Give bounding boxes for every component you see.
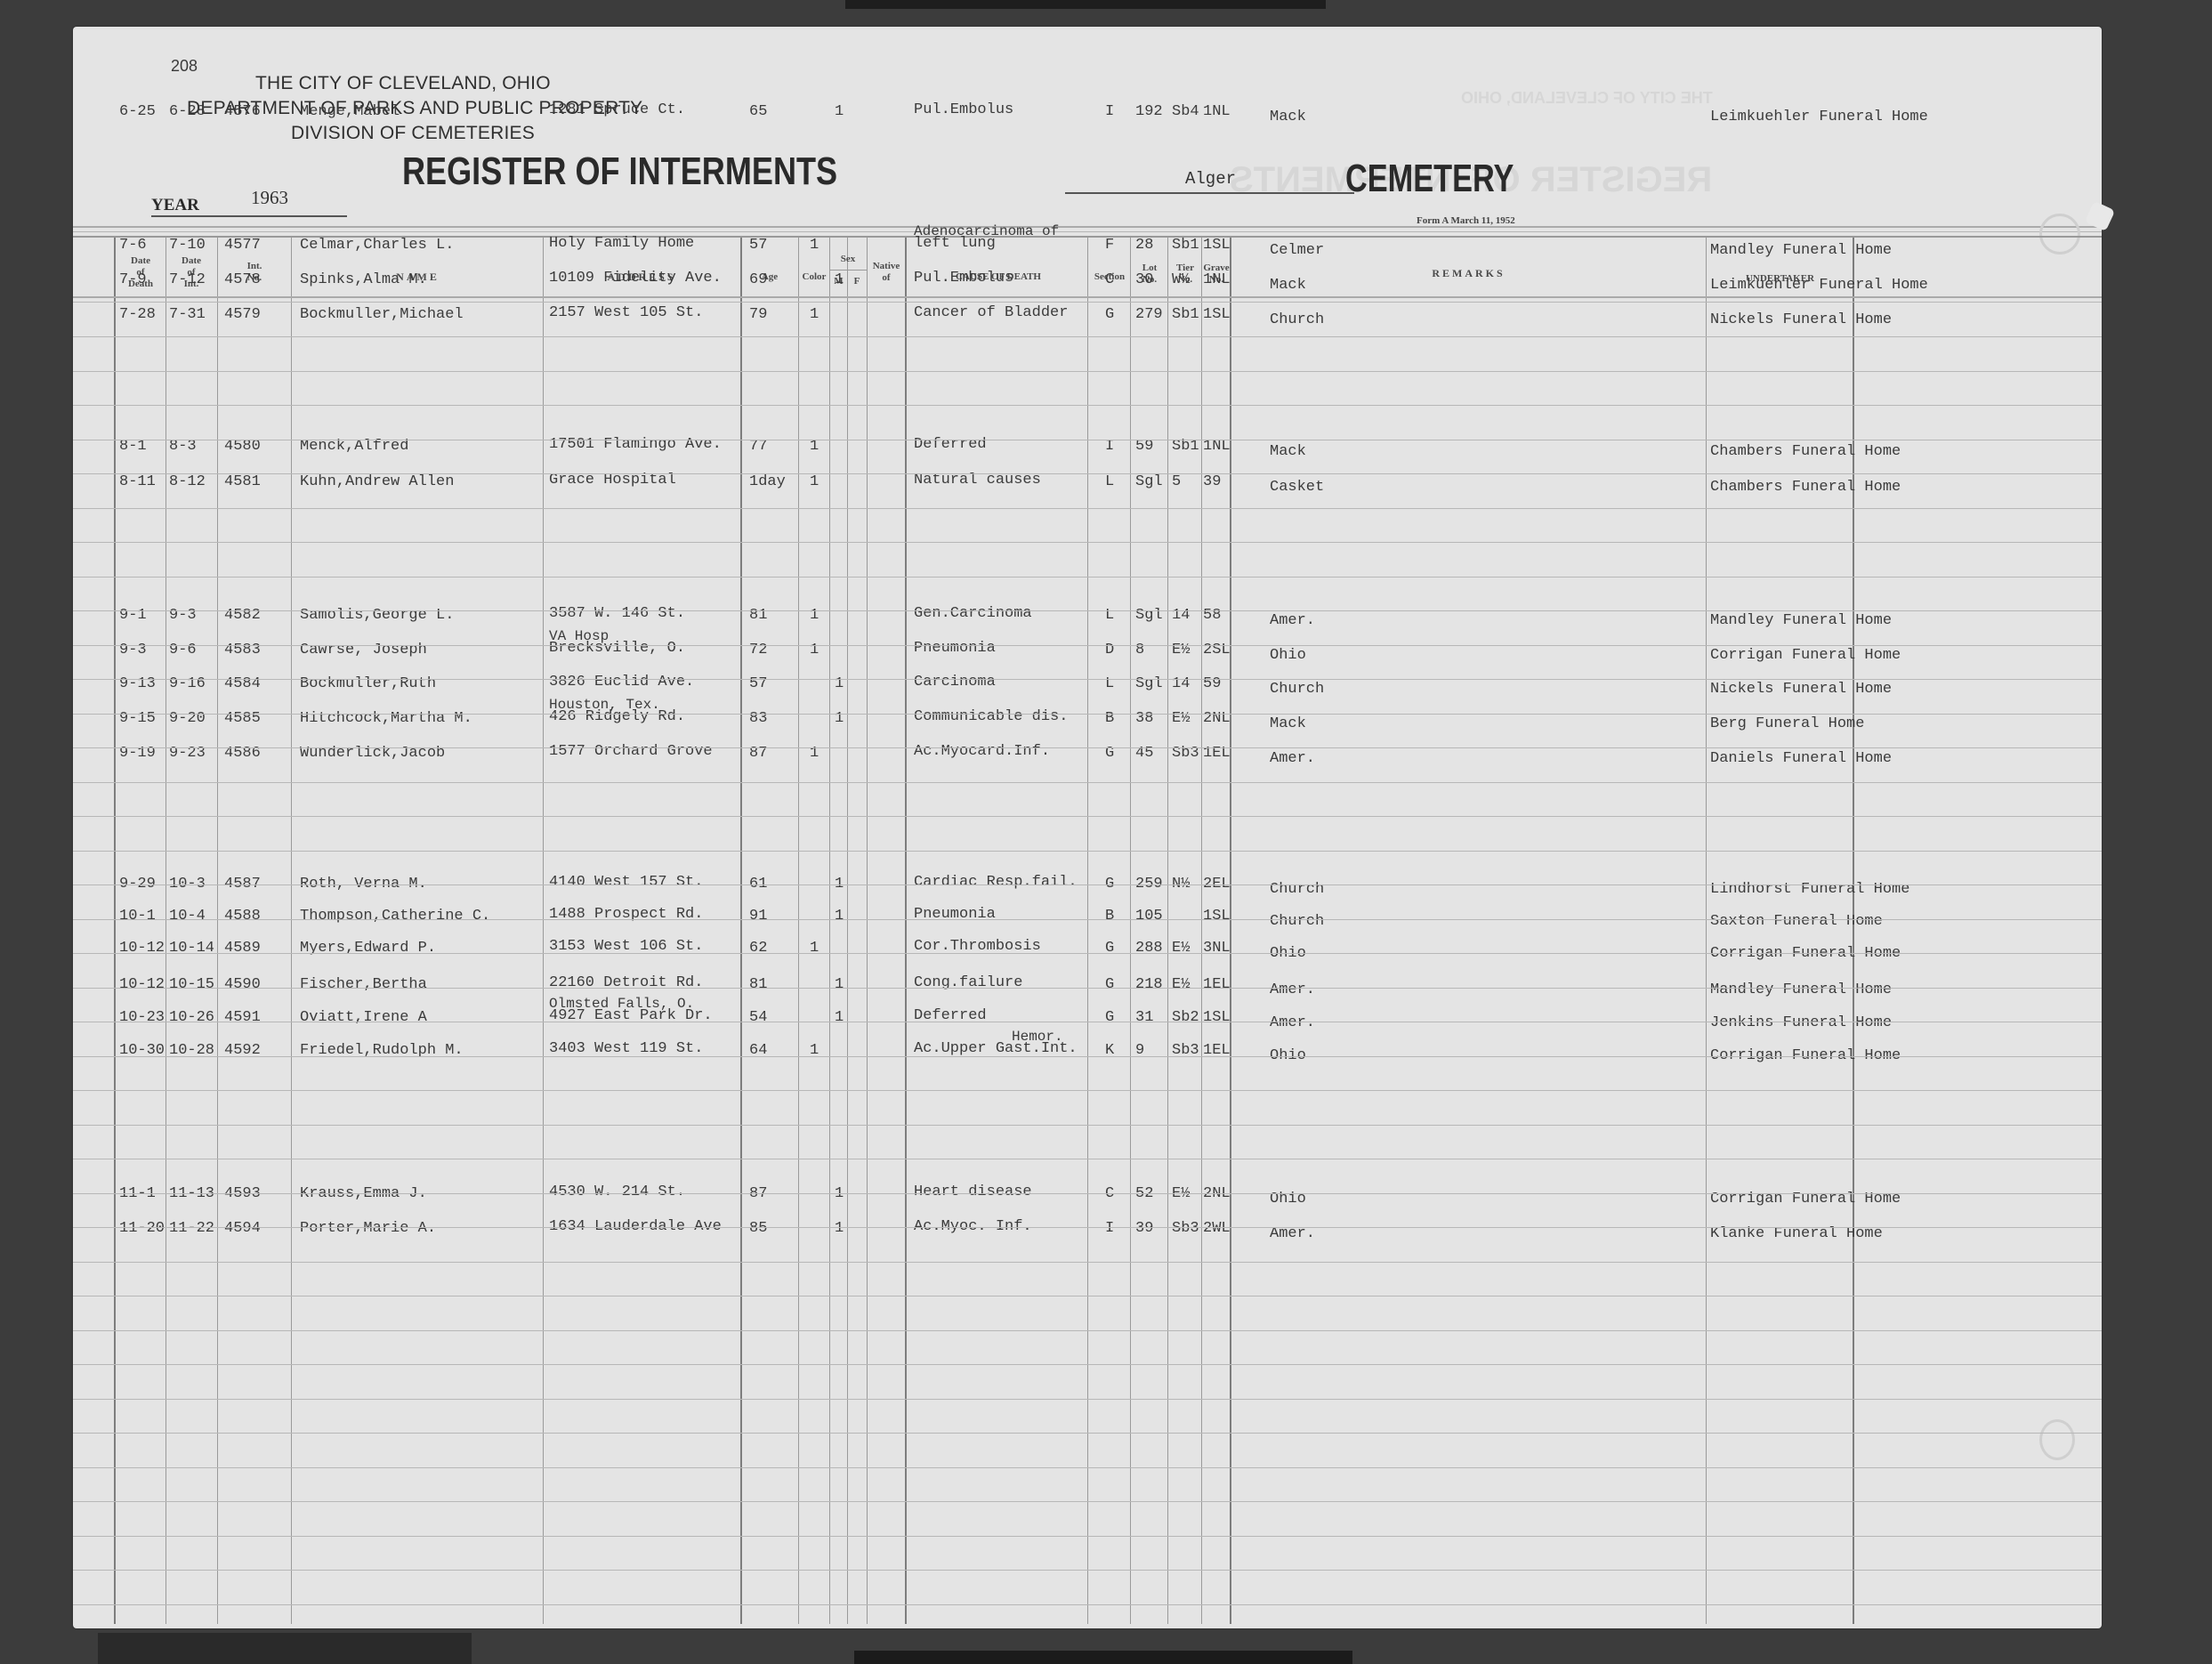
address-line-2: 1281 Spruce Ct. <box>549 104 685 117</box>
ruled-line <box>73 1399 2102 1400</box>
name-cell: Menck,Alfred <box>300 439 408 454</box>
tier-number-cell: W½ <box>1172 272 1190 287</box>
ruled-line <box>73 577 2102 578</box>
ruled-line <box>73 473 2102 474</box>
grave-number-cell: 2WL <box>1203 1221 1231 1236</box>
address-cell: 3403 West 119 St. <box>549 1030 703 1055</box>
date-of-interment-cell: 8-12 <box>169 474 206 489</box>
header-rule <box>73 226 2102 228</box>
remarks-cell: Mack <box>1270 109 1306 125</box>
address-cell: 1634 Lauderdale Ave <box>549 1208 722 1233</box>
form-note: Form A March 11, 1952 <box>1417 215 1515 226</box>
remarks-cell: Ohio <box>1270 648 1306 663</box>
undertaker-cell: Leimkuehler Funeral Home <box>1710 278 1928 293</box>
date-of-death-cell: 11-20 <box>119 1221 165 1236</box>
ruled-line <box>73 919 2102 920</box>
age-cell: 57 <box>749 238 767 253</box>
remarks-cell: Amer. <box>1270 1015 1315 1030</box>
sex-male-cell: 1 <box>810 307 819 322</box>
name-cell: Oviatt,Irene A <box>300 1010 427 1025</box>
address-line-2: 4927 East Park Dr. <box>549 1010 713 1022</box>
header-city: THE CITY OF CLEVELAND, OHIO <box>255 73 551 94</box>
cause-of-death-cell: Cor.Thrombosis <box>914 928 1041 953</box>
name-cell: Kuhn,Andrew Allen <box>300 474 454 489</box>
age-cell: 54 <box>749 1010 767 1025</box>
address-cell: 3826 Euclid Ave. <box>549 664 694 689</box>
grave-number-cell: 1NL <box>1203 272 1231 287</box>
age-cell: 79 <box>749 307 767 322</box>
address-cell: VA HospBrecksville, O. <box>549 630 685 655</box>
name-cell: Spinks,Alma M. <box>300 272 427 287</box>
col-sex: Sex <box>830 254 866 265</box>
ruled-line <box>73 1022 2102 1022</box>
date-of-death-cell: 8-1 <box>119 439 147 454</box>
ruled-line <box>73 1330 2102 1331</box>
date-of-interment-cell: 7-10 <box>169 238 206 253</box>
undertaker-cell: Jenkins Funeral Home <box>1710 1015 1892 1030</box>
tier-number-cell: Sb1 <box>1172 307 1199 322</box>
date-of-death-cell: 7-6 <box>119 238 147 253</box>
cause-of-death-cell: Communicable dis. <box>914 699 1068 723</box>
ruled-line <box>73 1125 2102 1126</box>
date-of-death-cell: 10-12 <box>119 977 165 992</box>
ruled-line <box>73 508 2102 509</box>
col-color: Color <box>799 271 829 283</box>
remarks-cell: Mack <box>1270 278 1306 293</box>
age-cell: 91 <box>749 909 767 924</box>
address-cell: 1488 Prospect Rd. <box>549 896 703 921</box>
ruled-line <box>73 645 2102 646</box>
cause-of-death-cell: Pul.Embolus <box>914 92 1013 117</box>
tier-number-cell: 5 <box>1172 474 1181 489</box>
ruled-line <box>73 1501 2102 1502</box>
ruled-line <box>73 816 2102 817</box>
cause-of-death-cell: Deferred <box>914 998 987 1022</box>
cause-of-death-cell: Hemor.Ac.Upper Gast.Int. <box>914 1030 1078 1055</box>
grave-number-cell: 39 <box>1203 474 1221 489</box>
year-value: 1963 <box>251 187 288 209</box>
ruled-line <box>73 714 2102 715</box>
date-of-interment-cell: 7-12 <box>169 272 206 287</box>
address-line-2: Grace Hospital <box>549 474 676 487</box>
address-line-2: 10109 Fidelity Ave. <box>549 272 722 285</box>
ruled-line <box>73 885 2102 885</box>
lot-number-cell: 28 <box>1135 238 1153 253</box>
date-of-death-cell: 10-23 <box>119 1010 165 1025</box>
date-of-interment-cell: 11-13 <box>169 1186 214 1201</box>
cause-of-death-cell: Ac.Myoc. Inf. <box>914 1208 1032 1233</box>
undertaker-cell: Leimkuehler Funeral Home <box>1710 109 1928 125</box>
remarks-cell: Casket <box>1270 480 1324 495</box>
interment-number-cell: 4594 <box>224 1221 261 1236</box>
undertaker-cell: Corrigan Funeral Home <box>1710 648 1901 663</box>
sex-female-cell: 1 <box>835 272 844 287</box>
address-cell: Holy Family Home <box>549 225 694 250</box>
tier-number-cell: Sb4 <box>1172 104 1199 119</box>
age-cell: 1day <box>749 474 786 489</box>
address-cell: 1577 Orchard Grove <box>549 733 713 758</box>
address-cell: 4530 W. 214 St. <box>549 1174 685 1199</box>
register-table: DateofDeath DateofInt. Int.No. NAME ADDR… <box>73 236 2102 1624</box>
ruled-line <box>73 1056 2102 1057</box>
grave-number-cell: 1NL <box>1203 104 1231 119</box>
ruled-line <box>73 1467 2102 1468</box>
cause-of-death-cell: Natural causes <box>914 462 1041 487</box>
sex-female-cell: 1 <box>835 104 844 119</box>
lot-number-cell: Sgl <box>1135 474 1163 489</box>
date-of-death-cell: 6-25 <box>119 104 156 119</box>
name-cell: Porter,Marie A. <box>300 1221 436 1236</box>
remarks-cell: Mack <box>1270 444 1306 459</box>
date-of-death-cell: 8-11 <box>119 474 156 489</box>
remarks-cell: Amer. <box>1270 982 1315 998</box>
cause-line-2: Cancer of Bladder <box>914 307 1068 319</box>
tier-number-cell: Sb3 <box>1172 1221 1199 1236</box>
address-line-2: 3403 West 119 St. <box>549 1043 703 1055</box>
grave-number-cell: 1SL <box>1203 909 1231 924</box>
cause-of-death-cell: Pneumonia <box>914 896 996 921</box>
film-edge-bottom-left <box>98 1633 472 1664</box>
cause-of-death-cell: Cong.failure <box>914 965 1022 990</box>
sex-female-cell: 1 <box>835 909 844 924</box>
ruled-line <box>73 1570 2102 1571</box>
name-cell: Thompson,Catherine C. <box>300 909 490 924</box>
ruled-line <box>73 747 2102 748</box>
lot-number-cell: 52 <box>1135 1186 1153 1201</box>
interment-number-cell: 4576 <box>224 104 261 119</box>
section-cell: G <box>1105 307 1114 322</box>
date-of-death-cell: 10-1 <box>119 909 156 924</box>
address-cell: 1281 Spruce Ct. <box>549 92 685 117</box>
ruled-line <box>73 1433 2102 1434</box>
section-cell: L <box>1105 474 1114 489</box>
year-label: YEAR <box>151 196 199 215</box>
name-cell: Celmar,Charles L. <box>300 238 454 253</box>
age-cell: 87 <box>749 1186 767 1201</box>
remarks-cell: Amer. <box>1270 751 1315 766</box>
interment-number-cell: 4593 <box>224 1186 261 1201</box>
col-sex-female: F <box>848 276 866 287</box>
tier-number-cell: Sb1 <box>1172 439 1199 454</box>
ruled-line <box>73 610 2102 611</box>
name-cell: Bockmuller,Michael <box>300 307 464 322</box>
remarks-cell: Church <box>1270 312 1324 327</box>
address-cell: 10109 Fidelity Ave. <box>549 260 722 285</box>
address-line-2: 17501 Flamingo Ave. <box>549 439 722 451</box>
grave-number-cell: 1SL <box>1203 1010 1231 1025</box>
lot-number-cell: 30 <box>1135 272 1153 287</box>
section-cell: C <box>1105 272 1114 287</box>
sex-female-cell: 1 <box>835 1010 844 1025</box>
undertaker-cell: Mandley Funeral Home <box>1710 243 1892 258</box>
address-cell: 2157 West 105 St. <box>549 295 703 319</box>
date-of-interment-cell: 8-3 <box>169 439 197 454</box>
remarks-cell: Ohio <box>1270 1191 1306 1207</box>
ruled-line <box>73 679 2102 680</box>
cause-of-death-cell: Heart disease <box>914 1174 1032 1199</box>
address-cell: Olmsted Falls, O.4927 East Park Dr. <box>549 998 713 1022</box>
cause-line-2: Ac.Upper Gast.Int. <box>914 1043 1078 1055</box>
date-of-interment-cell: 10-4 <box>169 909 206 924</box>
address-line-2: 3153 West 106 St. <box>549 941 703 953</box>
cause-of-death-cell: Adenocarcinoma ofleft lung <box>914 225 1059 250</box>
undertaker-cell: Nickels Funeral Home <box>1710 312 1892 327</box>
undertaker-cell: Klanke Funeral Home <box>1710 1226 1883 1241</box>
cause-of-death-cell: Ac.Myocard.Inf. <box>914 733 1050 758</box>
section-cell: G <box>1105 1010 1114 1025</box>
age-cell: 69 <box>749 272 767 287</box>
age-cell: 85 <box>749 1221 767 1236</box>
interment-number-cell: 4581 <box>224 474 261 489</box>
section-cell: F <box>1105 238 1114 253</box>
grave-number-cell: 2NL <box>1203 1186 1231 1201</box>
sex-male-cell: 1 <box>810 439 819 454</box>
lot-number-cell: 59 <box>1135 439 1153 454</box>
address-cell: 22160 Detroit Rd. <box>549 965 703 990</box>
remarks-cell: Church <box>1270 914 1324 929</box>
section-cell: B <box>1105 909 1114 924</box>
interment-number-cell: 4578 <box>224 272 261 287</box>
undertaker-cell: Nickels Funeral Home <box>1710 682 1892 697</box>
ruled-line <box>73 336 2102 337</box>
ruled-line <box>73 1193 2102 1194</box>
ruled-line <box>73 851 2102 852</box>
age-cell: 81 <box>749 977 767 992</box>
remarks-cell: Amer. <box>1270 1226 1315 1241</box>
name-cell: Fischer,Bertha <box>300 977 427 992</box>
ruled-line <box>73 371 2102 372</box>
undertaker-cell: Daniels Funeral Home <box>1710 751 1892 766</box>
undertaker-cell: Mandley Funeral Home <box>1710 613 1892 628</box>
date-of-death-cell: 7-28 <box>119 307 156 322</box>
ruled-line <box>73 1296 2102 1296</box>
cause-of-death-cell: Gen.Carcinoma <box>914 595 1032 620</box>
ruled-line <box>73 1227 2102 1228</box>
undertaker-cell: Berg Funeral Home <box>1710 716 1864 731</box>
name-cell: Krauss,Emma J. <box>300 1186 427 1201</box>
address-line-2: 4140 West 157 St. <box>549 876 703 889</box>
sex-female-cell: 1 <box>835 1221 844 1236</box>
cause-line-2: Deferred <box>914 1010 987 1022</box>
section-cell: G <box>1105 977 1114 992</box>
remarks-cell: Church <box>1270 682 1324 697</box>
cemetery-underline <box>1065 192 1354 194</box>
grave-number-cell: 1NL <box>1203 439 1231 454</box>
film-edge-bottom-right <box>854 1651 1352 1664</box>
ruled-line <box>73 1090 2102 1091</box>
age-cell: 65 <box>749 104 767 119</box>
lot-number-cell: 192 <box>1135 104 1163 119</box>
address-cell: Grace Hospital <box>549 462 676 487</box>
undertaker-cell: Mandley Funeral Home <box>1710 982 1892 998</box>
tier-number-cell: Sb2 <box>1172 1010 1199 1025</box>
year-underline <box>151 215 347 217</box>
undertaker-cell: Saxton Funeral Home <box>1710 914 1883 929</box>
section-cell: I <box>1105 1221 1114 1236</box>
date-of-death-cell: 7-9 <box>119 272 147 287</box>
page-number: 208 <box>171 57 198 76</box>
interment-number-cell: 4590 <box>224 977 261 992</box>
grave-number-cell: 1EL <box>1203 977 1231 992</box>
ruled-line <box>73 782 2102 783</box>
date-of-interment-cell: 11-22 <box>169 1221 214 1236</box>
section-cell: C <box>1105 1186 1114 1201</box>
lot-number-cell: 218 <box>1135 977 1163 992</box>
register-page: THE CITY OF CLEVELAND, OHIO REGISTER OF … <box>73 27 2102 1628</box>
address-cell: Houston, Tex.426 Ridgely Rd. <box>549 699 685 723</box>
undertaker-cell: Corrigan Funeral Home <box>1710 1191 1901 1207</box>
date-of-interment-cell: 6-28 <box>169 104 206 119</box>
address-line-2: Holy Family Home <box>549 238 694 250</box>
address-cell: 3153 West 106 St. <box>549 928 703 953</box>
interment-number-cell: 4580 <box>224 439 261 454</box>
ruled-line <box>73 542 2102 543</box>
col-native-of: Nativeof <box>868 261 905 284</box>
date-of-interment-cell: 7-31 <box>169 307 206 322</box>
remarks-cell: Amer. <box>1270 613 1315 628</box>
date-of-interment-cell: 10-15 <box>169 977 214 992</box>
ruled-line <box>73 953 2102 954</box>
sex-female-cell: 1 <box>835 1186 844 1201</box>
grave-number-cell: 1SL <box>1203 307 1231 322</box>
section-cell: I <box>1105 104 1114 119</box>
tier-number-cell: E½ <box>1172 1186 1190 1201</box>
remarks-cell: Celmer <box>1270 243 1324 258</box>
lot-number-cell: 31 <box>1135 1010 1153 1025</box>
lot-number-cell: 39 <box>1135 1221 1153 1236</box>
header-rule-2 <box>73 231 2102 232</box>
address-line-2: 2157 West 105 St. <box>549 307 703 319</box>
film-edge-top <box>845 0 1326 9</box>
ruled-line <box>73 1159 2102 1159</box>
lot-number-cell: 105 <box>1135 909 1163 924</box>
interment-number-cell: 4577 <box>224 238 261 253</box>
undertaker-cell: Chambers Funeral Home <box>1710 480 1901 495</box>
cause-line-2: Cardiac Resp.fail. <box>914 876 1078 889</box>
cause-line-2: Natural causes <box>914 474 1041 487</box>
date-of-interment-cell: 10-26 <box>169 1010 214 1025</box>
cause-of-death-cell: Carcinoma <box>914 664 996 689</box>
name-cell: Menge,Mabel <box>300 104 400 119</box>
undertaker-cell: Chambers Funeral Home <box>1710 444 1901 459</box>
cause-line-2: Pul.Embolus <box>914 104 1013 117</box>
ruled-line <box>73 988 2102 989</box>
ruled-line <box>73 440 2102 440</box>
cause-line-2: left lung <box>914 238 1059 250</box>
ruled-line <box>73 1604 2102 1605</box>
address-cell: 3587 W. 146 St. <box>549 595 685 620</box>
interment-number-cell: 4579 <box>224 307 261 322</box>
ruled-line <box>73 1262 2102 1263</box>
section-cell: I <box>1105 439 1114 454</box>
cause-of-death-cell: Cancer of Bladder <box>914 295 1068 319</box>
sex-male-cell: 1 <box>810 238 819 253</box>
cemetery-label: CEMETERY <box>1345 157 1514 201</box>
header-division: DIVISION OF CEMETERIES <box>291 123 535 144</box>
cause-of-death-cell: Pul.Embolus <box>914 260 1013 285</box>
ruled-line <box>73 1536 2102 1537</box>
date-of-death-cell: 11-1 <box>119 1186 156 1201</box>
lot-number-cell: 279 <box>1135 307 1163 322</box>
cemetery-name: Alger <box>1185 169 1236 189</box>
bleed-through-text: THE CITY OF CLEVELAND, OHIO <box>1461 89 1713 108</box>
page-title: REGISTER OF INTERMENTS <box>402 149 837 194</box>
age-cell: 77 <box>749 439 767 454</box>
tier-number-cell: E½ <box>1172 977 1190 992</box>
ruled-line <box>73 405 2102 406</box>
interment-number-cell: 4588 <box>224 909 261 924</box>
cause-of-death-cell: Pneumonia <box>914 630 996 655</box>
interment-number-cell: 4591 <box>224 1010 261 1025</box>
ruled-line <box>73 1364 2102 1365</box>
remarks-cell: Mack <box>1270 716 1306 731</box>
grave-number-cell: 1SL <box>1203 238 1231 253</box>
tier-number-cell: Sb1 <box>1172 238 1199 253</box>
cause-line-2: Cor.Thrombosis <box>914 941 1041 953</box>
cause-line-2: Deferred <box>914 439 987 451</box>
cause-line-2: Pul.Embolus <box>914 272 1013 285</box>
sex-male-cell: 1 <box>810 474 819 489</box>
sex-female-cell: 1 <box>835 977 844 992</box>
